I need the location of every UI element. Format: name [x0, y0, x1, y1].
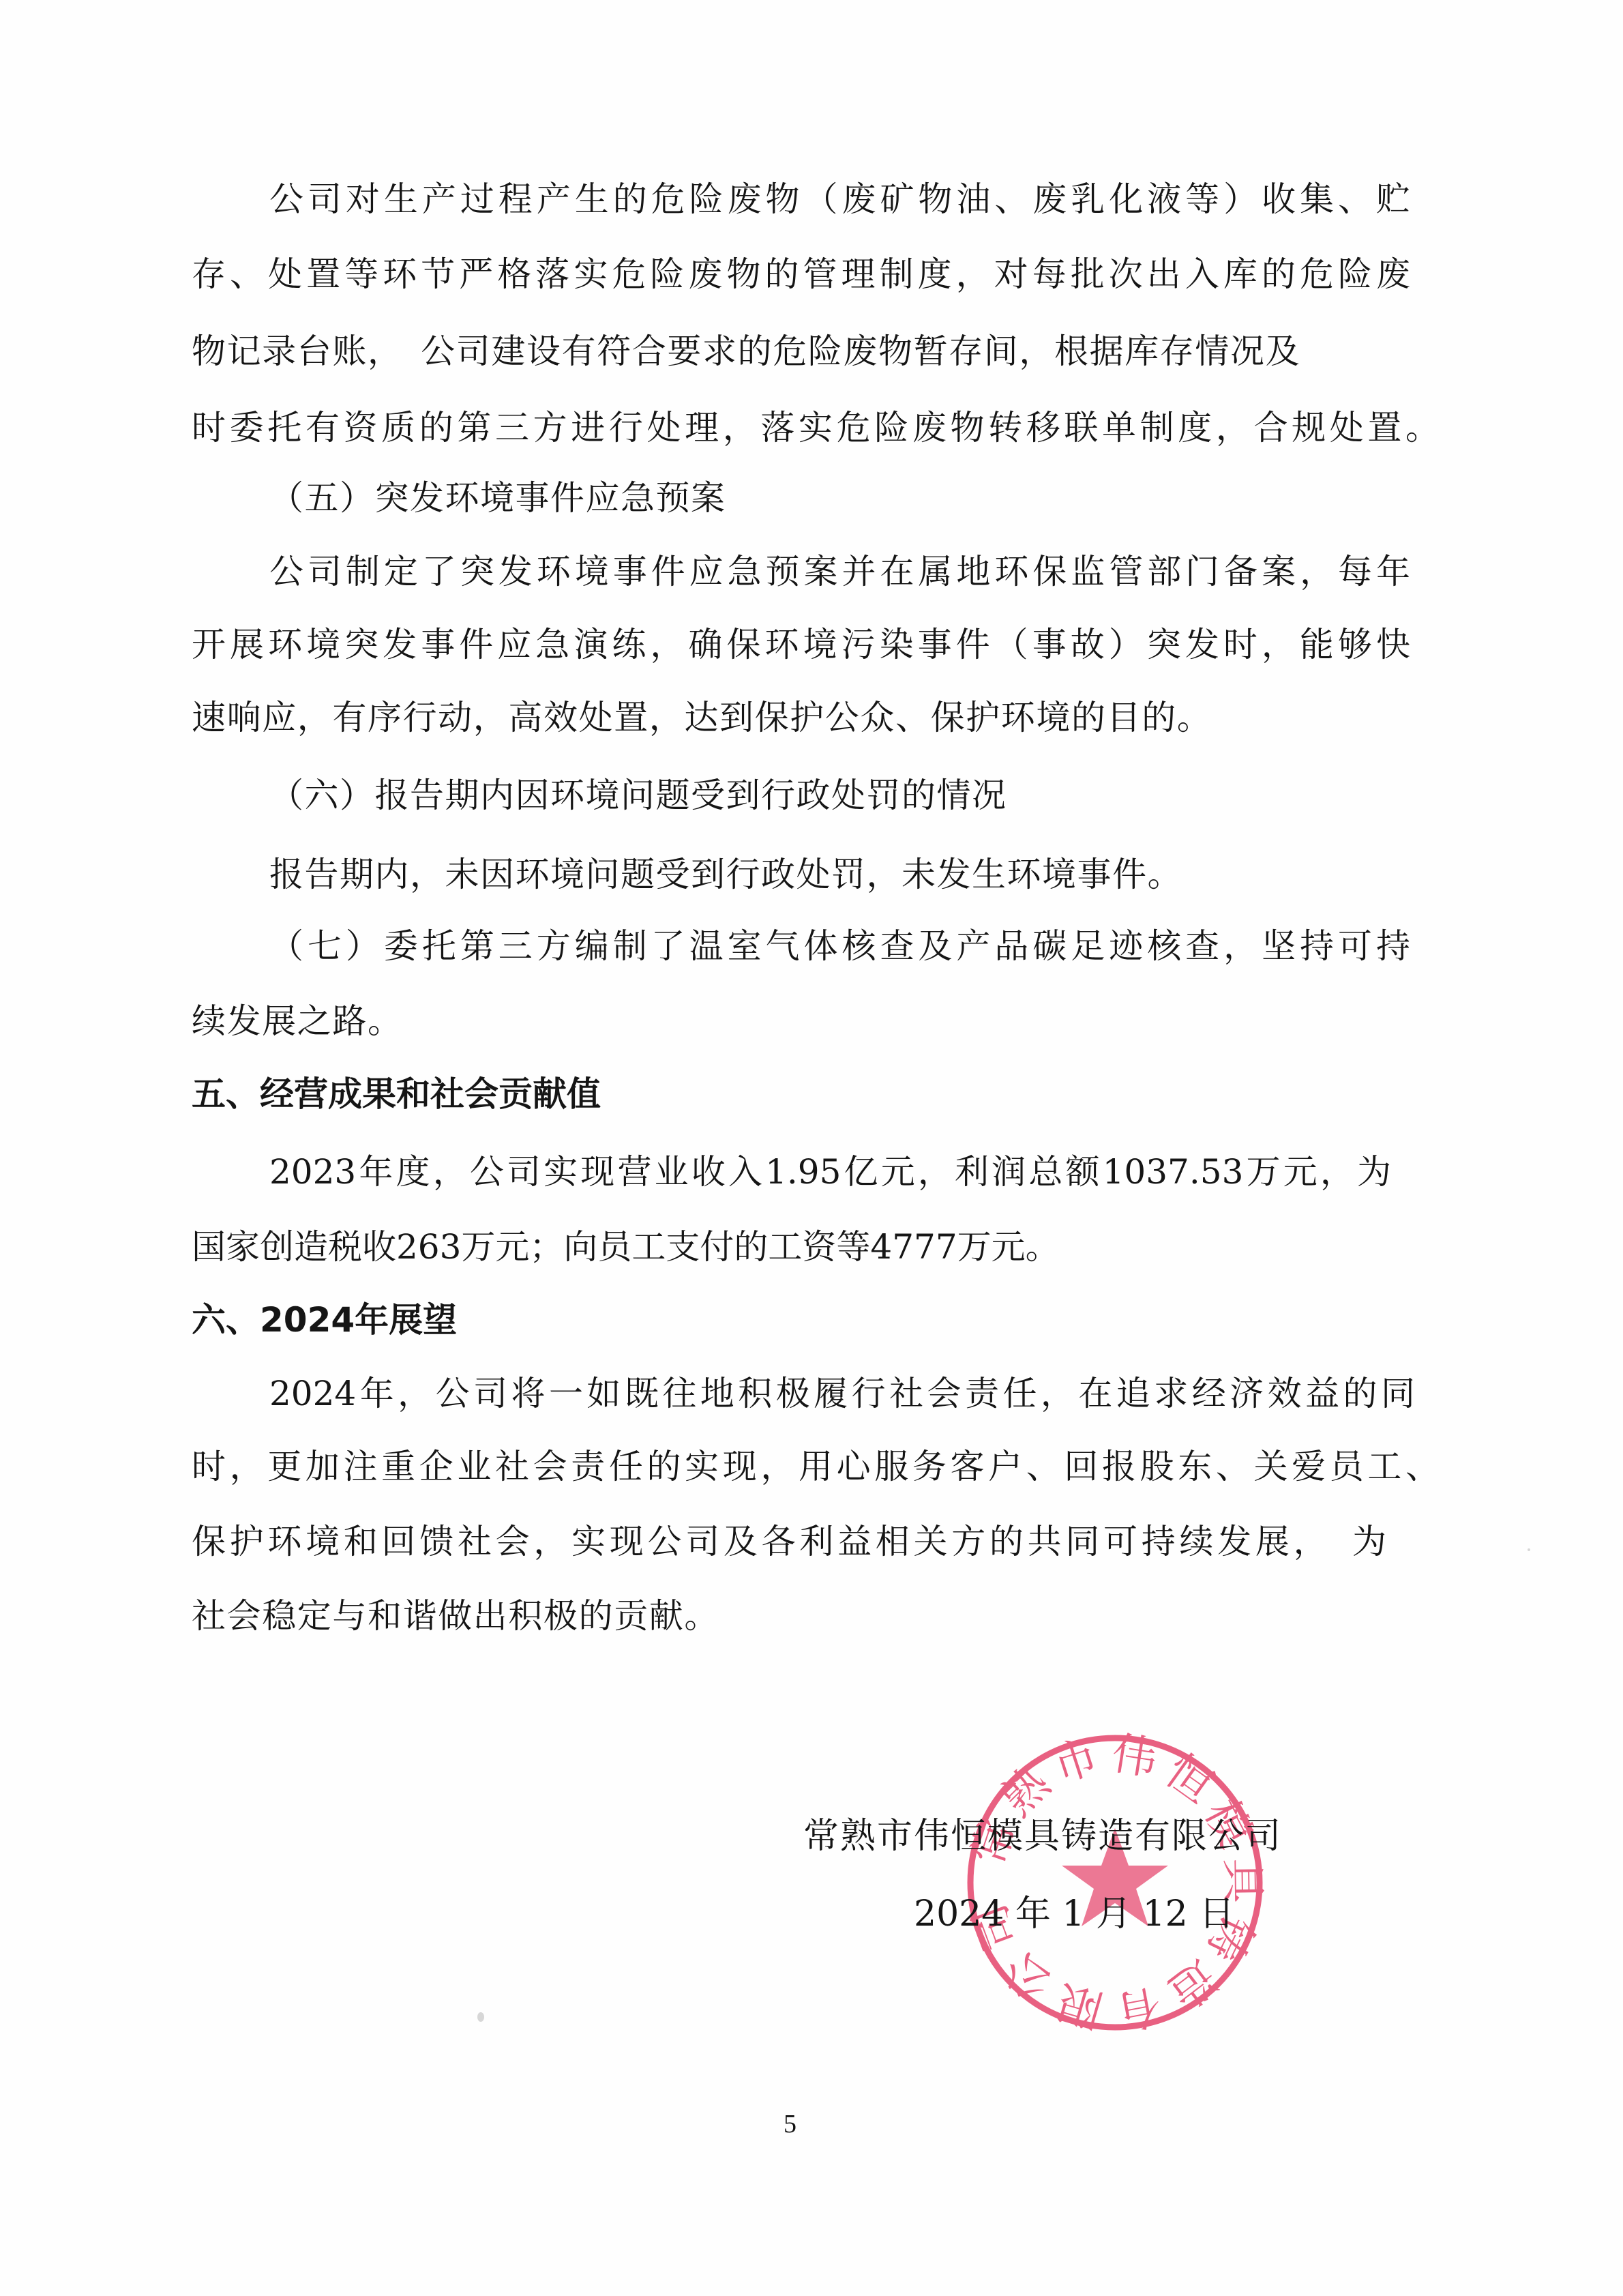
paragraph-line: 物记录台账， 公司建设有符合要求的危险废物暂存间，根据库存情况及: [192, 327, 1410, 375]
paragraph-line: 报告期内，未因环境问题受到行政处罚，未发生环境事件。: [269, 851, 1182, 898]
paragraph-line: 时委托有资质的第三方进行处理，落实危险废物转移联单制度，合规处置。: [192, 404, 1440, 452]
paragraph-line: 社会稳定与和谐做出积极的贡献。: [192, 1592, 719, 1640]
document-page: 公司对生产过程产生的危险废物（废矿物油、废乳化液等）收集、贮 存、处置等环节严格…: [0, 0, 1623, 2296]
section-heading: 五、经营成果和社会贡献值: [192, 1070, 601, 1118]
paragraph-line: 开展环境突发事件应急演练，确保环境污染事件（事故）突发时，能够快: [192, 621, 1410, 668]
paragraph-line: 存、处置等环节严格落实危险废物的管理制度，对每批次出入库的危险废: [192, 250, 1410, 298]
paragraph-line: 2023年度，公司实现营业收入1.95亿元，利润总额1037.53万元，为: [269, 1148, 1391, 1196]
paragraph-line: 续发展之路。: [192, 997, 403, 1045]
signature-company: 常熟市伟恒模具铸造有限公司: [803, 1812, 1282, 1860]
paragraph-line: 保护环境和回馈社会，实现公司及各利益相关方的共同可持续发展， 为: [192, 1518, 1386, 1565]
paragraph-line: 国家创造税收263万元；向员工支付的工资等4777万元。: [192, 1223, 1060, 1271]
seal-text: 常熟市伟恒模具铸造有限公司: [962, 1727, 1269, 2039]
subsection-title: （五）突发环境事件应急预案: [269, 474, 726, 522]
paragraph-line: 时，更加注重企业社会责任的实现，用心服务客户、回报股东、关爱员工、: [192, 1443, 1440, 1490]
section-heading: 六、2024年展望: [192, 1296, 457, 1344]
paragraph-line: 公司制定了突发环境事件应急预案并在属地环保监管部门备案，每年: [269, 548, 1410, 595]
paragraph-line: （七）委托第三方编制了温室气体核查及产品碳足迹核查，坚持可持: [269, 922, 1410, 970]
paragraph-line: 2024年，公司将一如既往地积极履行社会责任，在追求经济效益的同: [269, 1370, 1415, 1417]
signature-date: 2024 年 1 月 12 日: [914, 1890, 1234, 1938]
paragraph-line: 速响应，有序行动，高效处置，达到保护公众、保护环境的目的。: [192, 694, 1212, 741]
scan-speck: [1528, 1548, 1530, 1551]
scan-speck: [477, 2012, 484, 2022]
page-number: 5: [784, 2109, 796, 2139]
subsection-title: （六）报告期内因环境问题受到行政处罚的情况: [269, 771, 1007, 819]
company-seal: 常熟市伟恒模具铸造有限公司: [958, 1726, 1272, 2040]
paragraph-line: 公司对生产过程产生的危险废物（废矿物油、废乳化液等）收集、贮: [269, 175, 1410, 223]
